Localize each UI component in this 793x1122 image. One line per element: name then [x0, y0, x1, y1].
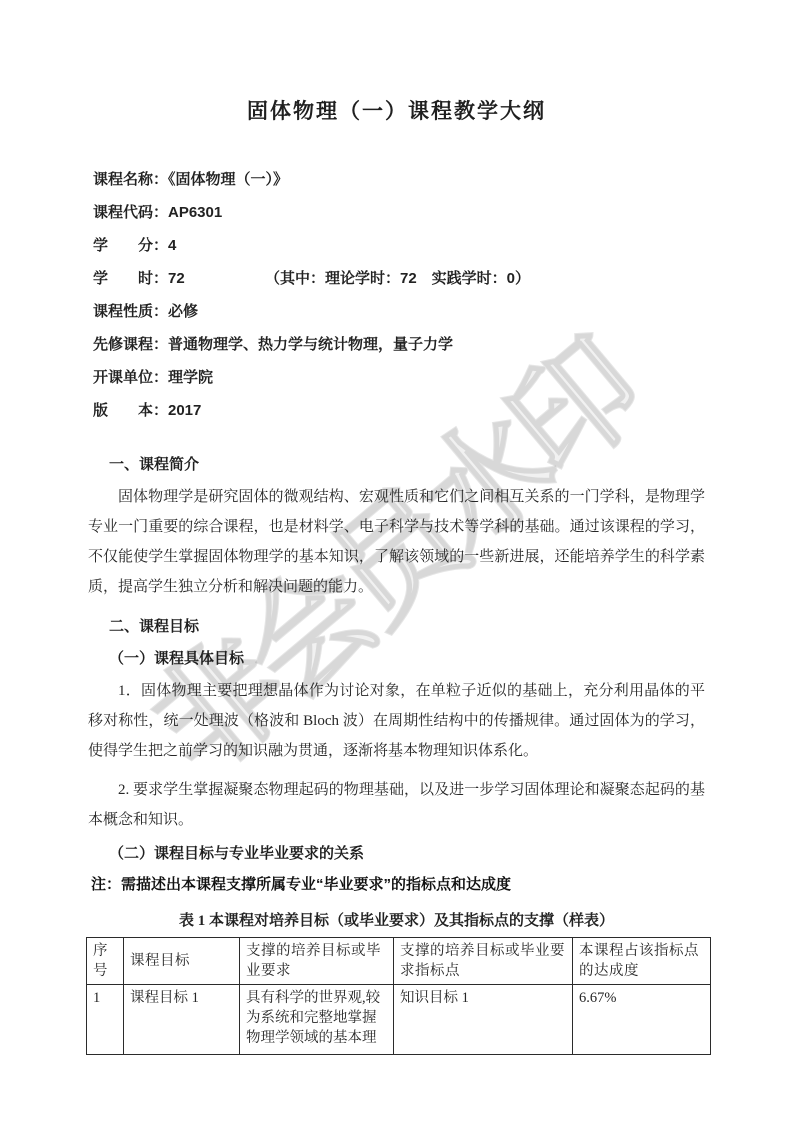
section1-paragraph: 固体物理学是研究固体的微观结构、宏观性质和它们之间相互关系的一门学科，是物理学专… [88, 482, 705, 602]
course-code-row: 课程代码：AP6301 [93, 204, 705, 221]
objective-paragraph-1: 1．固体物理主要把理想晶体作为讨论对象，在单粒子近似的基础上，充分利用晶体的平移… [88, 676, 705, 766]
section2-sub1-heading: （一）课程具体目标 [88, 650, 705, 667]
header-supported-goal: 支撑的培养目标或毕业要求 [240, 938, 394, 985]
objective-paragraph-2: 2. 要求学生掌握凝聚态物理起码的物理基础，以及进一步学习固体理论和凝聚态起码的… [88, 775, 705, 835]
note-line: 注：需描述出本课程支撑所属专业“毕业要求”的指标点和达成度 [91, 876, 705, 894]
course-credits-row: 学 分：4 [93, 237, 705, 254]
section2-sub2-heading: （二）课程目标与专业毕业要求的关系 [88, 845, 705, 862]
table1-caption: 表 1 本课程对培养目标（或毕业要求）及其指标点的支撑（样表） [0, 909, 793, 930]
course-nature-row: 课程性质：必修 [93, 303, 705, 320]
cell-course-objective: 课程目标 1 [124, 985, 240, 1055]
section2-heading: 二、课程目标 [88, 618, 705, 635]
cell-achievement-degree: 6.67% [573, 985, 711, 1055]
support-table: 序号 课程目标 支撑的培养目标或毕业要求 支撑的培养目标或毕业要求指标点 本课程… [86, 937, 711, 1055]
course-hours-detail: （其中：理论学时：72 实践学时：0） [265, 270, 530, 287]
course-name-row: 课程名称：《固体物理（一）》 [93, 171, 705, 188]
header-goal-indicator: 支撑的培养目标或毕业要求指标点 [394, 938, 573, 985]
document-content: 固体物理（一）课程教学大纲 课程名称：《固体物理（一）》 课程代码：AP6301… [0, 0, 793, 1055]
page-title: 固体物理（一）课程教学大纲 [0, 0, 793, 125]
cell-goal-indicator: 知识目标 1 [394, 985, 573, 1055]
version-row: 版 本：2017 [93, 402, 705, 419]
course-hours-main: 学 时：72 [93, 270, 265, 287]
offering-unit-row: 开课单位：理学院 [93, 369, 705, 386]
course-hours-row: 学 时：72（其中：理论学时：72 实践学时：0） [93, 270, 705, 287]
cell-seq: 1 [87, 985, 124, 1055]
cell-supported-goal: 具有科学的世界观,较为系统和完整地掌握物理学领域的基本理 [240, 985, 394, 1055]
header-seq: 序号 [87, 938, 124, 985]
document-page: 非会员水印 固体物理（一）课程教学大纲 课程名称：《固体物理（一）》 课程代码：… [0, 0, 793, 1122]
prereq-row: 先修课程：普通物理学、热力学与统计物理，量子力学 [93, 336, 705, 353]
header-achievement-degree: 本课程占该指标点的达成度 [573, 938, 711, 985]
table-row: 1 课程目标 1 具有科学的世界观,较为系统和完整地掌握物理学领域的基本理 知识… [87, 985, 711, 1055]
header-course-objective: 课程目标 [124, 938, 240, 985]
table-header-row: 序号 课程目标 支撑的培养目标或毕业要求 支撑的培养目标或毕业要求指标点 本课程… [87, 938, 711, 985]
section1-heading: 一、课程简介 [88, 456, 705, 473]
course-info-block: 课程名称：《固体物理（一）》 课程代码：AP6301 学 分：4 学 时：72（… [93, 171, 705, 419]
